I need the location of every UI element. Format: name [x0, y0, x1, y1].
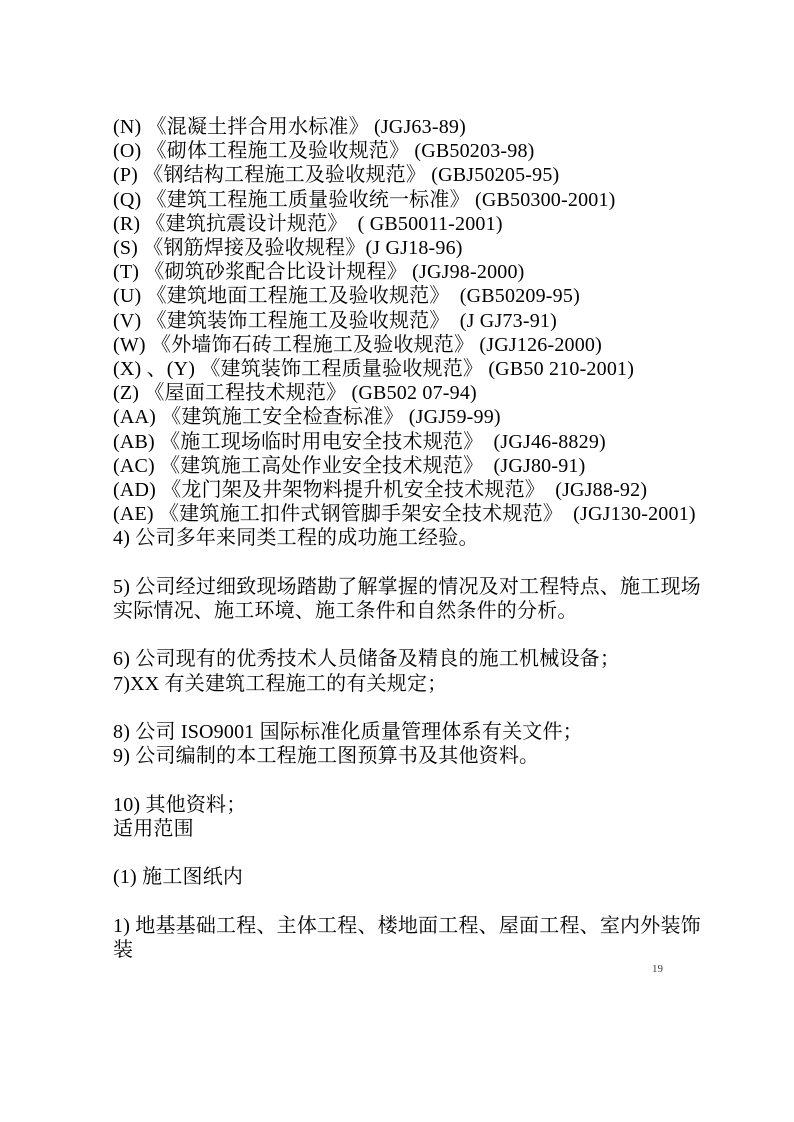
text-line: (AE) 《建筑施工扣件式钢管脚手架安全技术规范》 (JGJ130-2001) — [113, 502, 753, 526]
text-line: (Q) 《建筑工程施工质量验收统一标准》 (GB50300-2001) — [113, 188, 753, 212]
text-line: (U) 《建筑地面工程施工及验收规范》 (GB50209-95) — [113, 284, 753, 308]
text-line: 8) 公司 ISO9001 国际标准化质量管理体系有关文件； — [113, 720, 753, 744]
text-line: (AD) 《龙门架及井架物料提升机安全技术规范》 (JGJ88-92) — [113, 478, 753, 502]
text-line: 10) 其他资料； — [113, 793, 753, 817]
text-line — [113, 551, 753, 575]
text-line: (1) 施工图纸内 — [113, 865, 753, 889]
text-line: (T) 《砌筑砂浆配合比设计规程》 (JGJ98-2000) — [113, 260, 753, 284]
text-line — [113, 889, 753, 913]
text-line: (R) 《建筑抗震设计规范》 ( GB50011-2001) — [113, 212, 753, 236]
text-line: (O) 《砌体工程施工及验收规范》 (GB50203-98) — [113, 139, 753, 163]
text-line: 5) 公司经过细致现场踏勘了解掌握的情况及对工程特点、施工现场 — [113, 575, 753, 599]
text-line — [113, 841, 753, 865]
text-line: 实际情况、施工环境、施工条件和自然条件的分析。 — [113, 599, 753, 623]
document-body: (N) 《混凝土拌合用水标准》 (JGJ63-89)(O) 《砌体工程施工及验收… — [113, 115, 753, 962]
text-line: (AB) 《施工现场临时用电安全技术规范》 (JGJ46-8829) — [113, 430, 753, 454]
text-line: 1) 地基基础工程、主体工程、楼地面工程、屋面工程、室内外装饰 — [113, 914, 753, 938]
text-line: 装 — [113, 938, 753, 962]
text-line: (P) 《钢结构工程施工及验收规范》 (GBJ50205-95) — [113, 163, 753, 187]
text-line — [113, 623, 753, 647]
text-line — [113, 768, 753, 792]
document-page: (N) 《混凝土拌合用水标准》 (JGJ63-89)(O) 《砌体工程施工及验收… — [0, 0, 794, 1122]
text-line: 4) 公司多年来同类工程的成功施工经验。 — [113, 526, 753, 550]
text-line: (Z) 《屋面工程技术规范》 (GB502 07-94) — [113, 381, 753, 405]
text-line: 9) 公司编制的本工程施工图预算书及其他资料。 — [113, 744, 753, 768]
text-line: (W) 《外墙饰石砖工程施工及验收规范》 (JGJ126-2000) — [113, 333, 753, 357]
text-line: 6) 公司现有的优秀技术人员储备及精良的施工机械设备； — [113, 647, 753, 671]
text-line: (X) 、(Y) 《建筑装饰工程质量验收规范》 (GB50 210-2001) — [113, 357, 753, 381]
text-line: (N) 《混凝土拌合用水标准》 (JGJ63-89) — [113, 115, 753, 139]
text-line: (AC) 《建筑施工高处作业安全技术规范》 (JGJ80-91) — [113, 454, 753, 478]
page-number: 19 — [652, 963, 663, 976]
text-line: (AA) 《建筑施工安全检查标准》 (JGJ59-99) — [113, 405, 753, 429]
text-line — [113, 696, 753, 720]
text-line: 7)XX 有关建筑工程施工的有关规定； — [113, 672, 753, 696]
text-line: (V) 《建筑装饰工程施工及验收规范》 (J GJ73-91) — [113, 309, 753, 333]
text-line: 适用范围 — [113, 817, 753, 841]
text-line: (S) 《钢筋焊接及验收规程》(J GJ18-96) — [113, 236, 753, 260]
